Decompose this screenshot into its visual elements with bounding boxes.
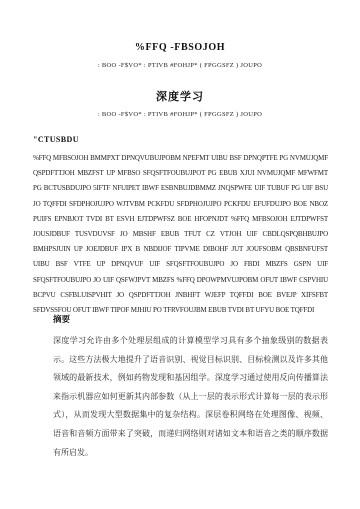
abstract-text-en: %FFQ MFBSOJOH BMMPXT DPNQVUBUJPOBM NPEFM… — [33, 151, 328, 318]
abstract-text-zh: 深度学习允许由多个处理层组成的计算模型学习具有多个抽象级别的数据表示。这些方法极… — [53, 332, 328, 462]
authors-line-en: : BOO -F$VO* : PTIVB #FOHJP* ( FPGGSFZ )… — [0, 62, 360, 69]
paper-page: %FFQ -FBSOJOH : BOO -F$VO* : PTIVB #FOHJ… — [0, 0, 360, 509]
abstract-heading-zh: 摘要 — [53, 313, 70, 325]
paper-title-en: %FFQ -FBSOJOH — [0, 42, 360, 53]
paper-title-zh: 深度学习 — [0, 88, 360, 104]
authors-line-zh: : BOO -F$VO* : PTIVB #FOHJP* ( FPGGSFZ )… — [0, 111, 360, 118]
abstract-heading-en: "CTUSBDU — [33, 135, 79, 144]
